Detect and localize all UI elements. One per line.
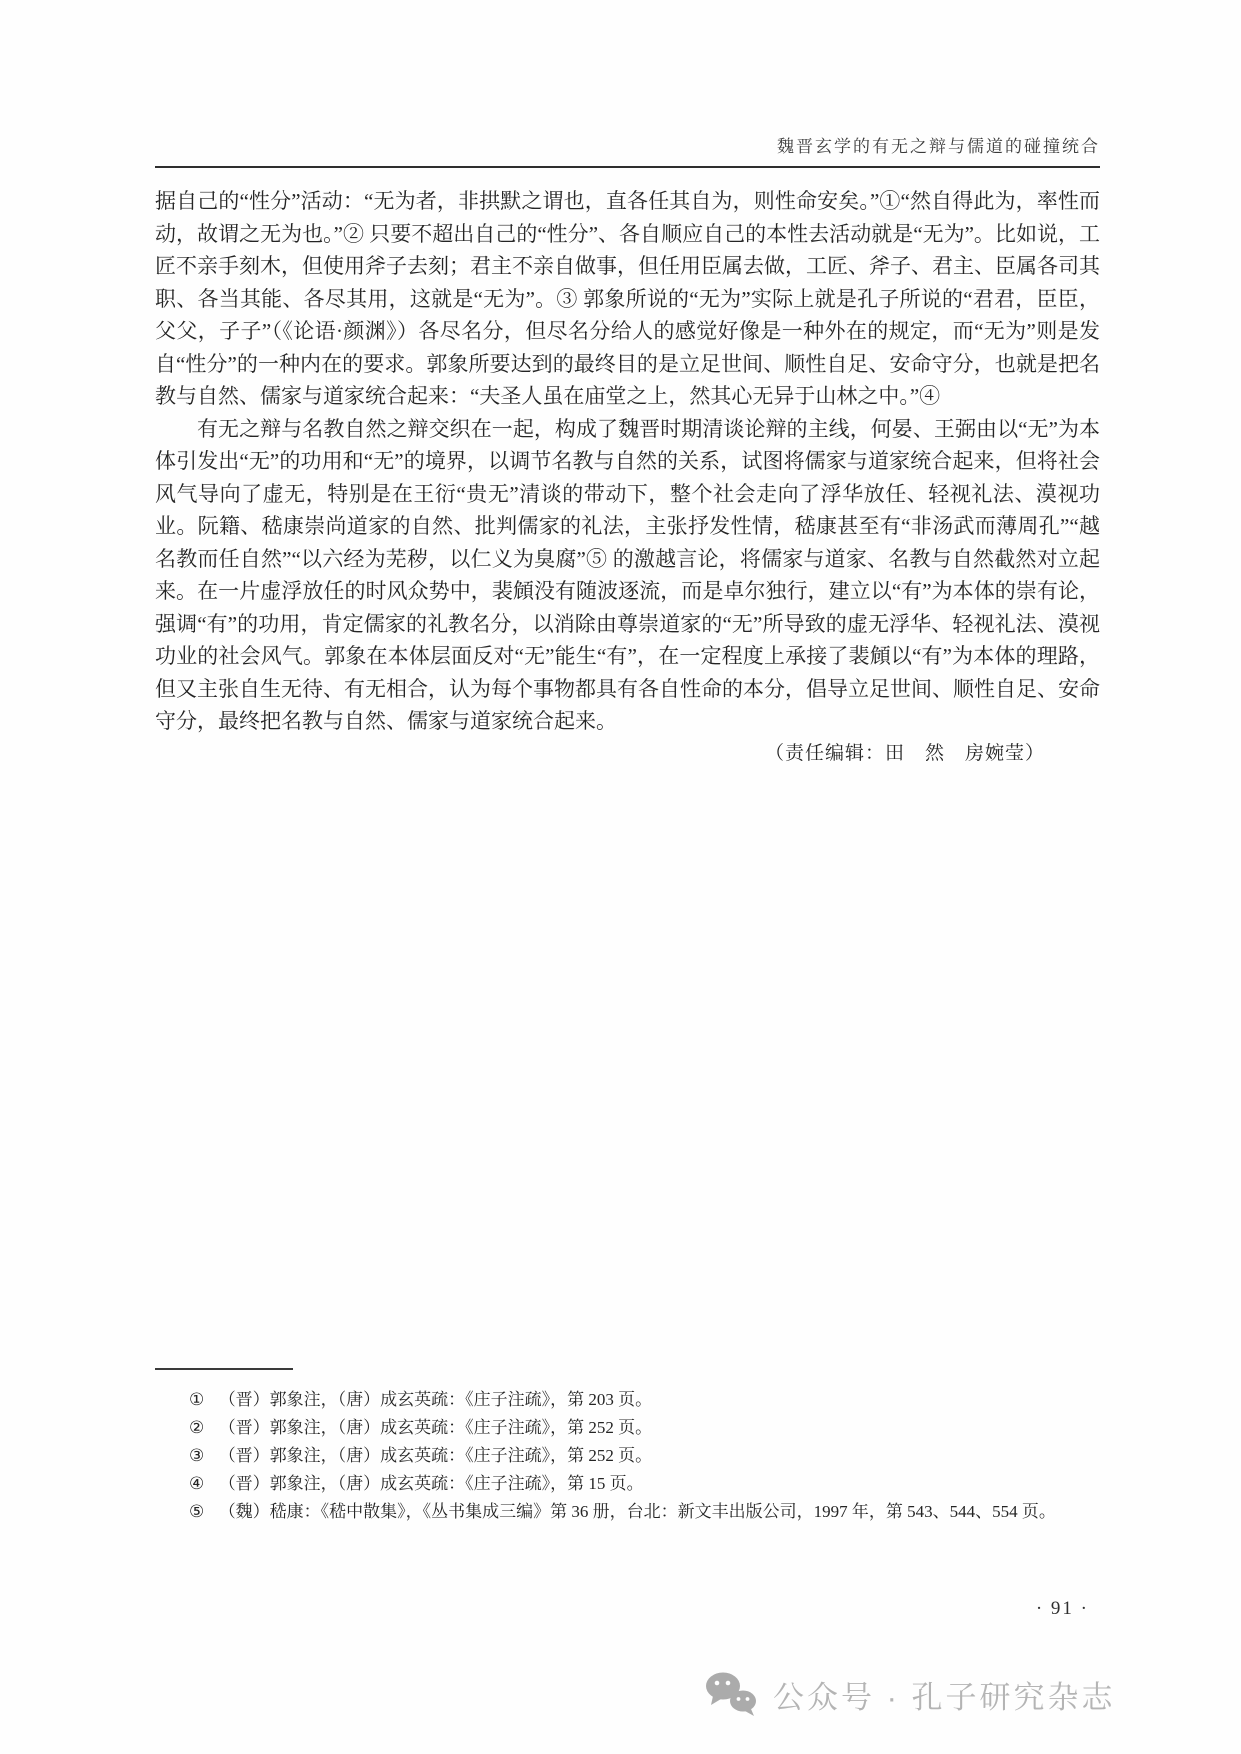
footnote-marker: ② bbox=[189, 1418, 204, 1437]
body-paragraph: 有无之辩与名教自然之辩交织在一起，构成了魏晋时期清谈论辩的主线，何晏、王弼由以“… bbox=[155, 413, 1100, 738]
footnote-text: （魏）嵇康：《嵇中散集》，《丛书集成三编》第 36 册，台北：新文丰出版公司，1… bbox=[219, 1502, 1056, 1521]
wechat-icon bbox=[703, 1670, 759, 1718]
body-paragraph: 据自己的“性分”活动：“无为者，非拱默之谓也，直各任其自为，则性命安矣。”①“然… bbox=[155, 185, 1100, 413]
watermark-text: 公众号 · 孔子研究杂志 bbox=[773, 1672, 1116, 1717]
document-page: 魏晋玄学的有无之辩与儒道的碰撞统合 据自己的“性分”活动：“无为者，非拱默之谓也… bbox=[0, 0, 1241, 1754]
header-rule bbox=[155, 166, 1100, 168]
footnote-marker: ③ bbox=[189, 1446, 204, 1465]
footnote-marker: ① bbox=[189, 1390, 204, 1409]
footnote-marker: ④ bbox=[189, 1474, 204, 1493]
running-head-title: 魏晋玄学的有无之辩与儒道的碰撞统合 bbox=[155, 0, 1100, 157]
footnote-text: （晋）郭象注，（唐）成玄英疏：《庄子注疏》，第 15 页。 bbox=[219, 1474, 644, 1493]
footnotes-section: ①（晋）郭象注，（唐）成玄英疏：《庄子注疏》，第 203 页。 ②（晋）郭象注，… bbox=[155, 1368, 1100, 1526]
footnote-text: （晋）郭象注，（唐）成玄英疏：《庄子注疏》，第 252 页。 bbox=[219, 1446, 653, 1465]
footnote-item: ①（晋）郭象注，（唐）成玄英疏：《庄子注疏》，第 203 页。 bbox=[155, 1386, 1100, 1414]
footnote-item: ③（晋）郭象注，（唐）成玄英疏：《庄子注疏》，第 252 页。 bbox=[155, 1442, 1100, 1470]
footnote-text: （晋）郭象注，（唐）成玄英疏：《庄子注疏》，第 252 页。 bbox=[219, 1418, 653, 1437]
footnote-marker: ⑤ bbox=[189, 1502, 204, 1521]
editor-credit: （责任编辑：田 然 房婉莹） bbox=[155, 738, 1100, 771]
footnote-item: ②（晋）郭象注，（唐）成玄英疏：《庄子注疏》，第 252 页。 bbox=[155, 1414, 1100, 1442]
footnote-rule bbox=[155, 1368, 293, 1370]
footnote-text: （晋）郭象注，（唐）成玄英疏：《庄子注疏》，第 203 页。 bbox=[219, 1390, 653, 1409]
footnote-item: ⑤（魏）嵇康：《嵇中散集》，《丛书集成三编》第 36 册，台北：新文丰出版公司，… bbox=[155, 1498, 1100, 1526]
footnote-item: ④（晋）郭象注，（唐）成玄英疏：《庄子注疏》，第 15 页。 bbox=[155, 1470, 1100, 1498]
page-number: · 91 · bbox=[1036, 1598, 1089, 1620]
article-body: 据自己的“性分”活动：“无为者，非拱默之谓也，直各任其自为，则性命安矣。”①“然… bbox=[155, 185, 1100, 770]
watermark: 公众号 · 孔子研究杂志 bbox=[703, 1670, 1116, 1718]
